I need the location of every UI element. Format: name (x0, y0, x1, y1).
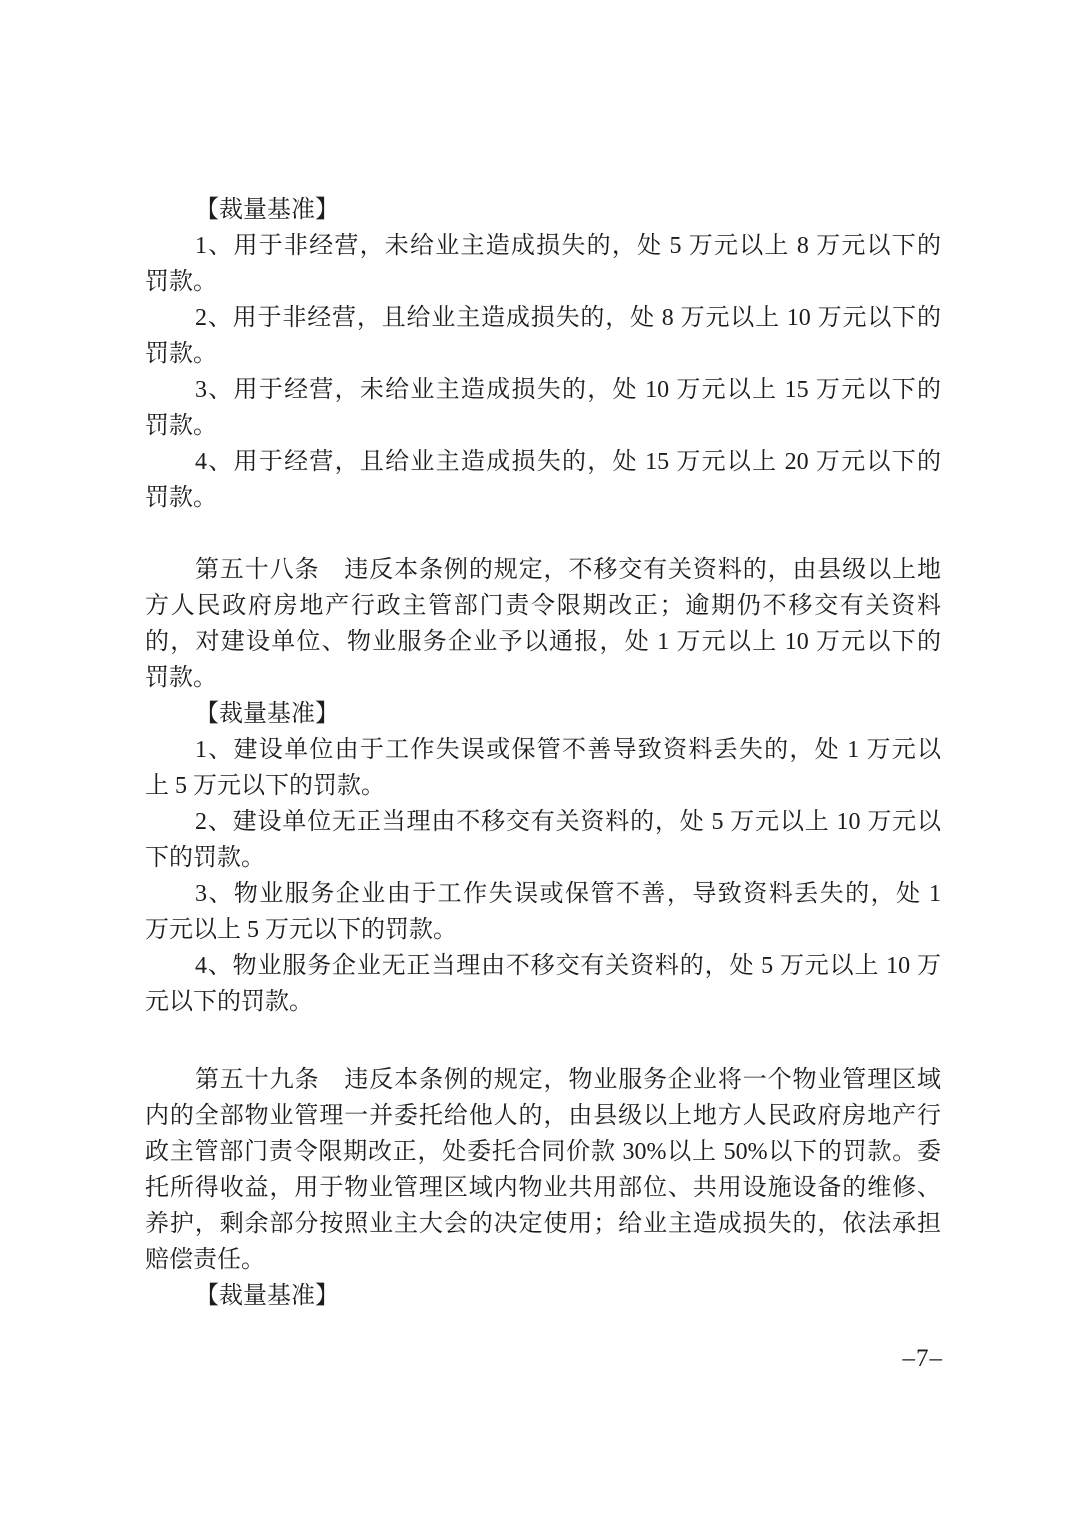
text-line: 内的全部物业管理一并委托给他人的，由县级以上地方人民政府房地产行 (145, 1098, 941, 1134)
text-line: 罚款。 (145, 660, 941, 696)
text-line: 2、建设单位无正当理由不移交有关资料的，处 5 万元以上 10 万元以 (145, 804, 941, 840)
text-line: 养护，剩余部分按照业主大会的决定使用；给业主造成损失的，依法承担 (145, 1206, 941, 1242)
discretion-standard-heading: 【裁量基准】 (145, 1278, 941, 1314)
discretion-block-1: 【裁量基准】 1、用于非经营，未给业主造成损失的，处 5 万元以上 8 万元以下… (145, 192, 941, 516)
text-line: 罚款。 (145, 336, 941, 372)
document-page: 【裁量基准】 1、用于非经营，未给业主造成损失的，处 5 万元以上 8 万元以下… (0, 0, 1075, 1520)
text-line: 下的罚款。 (145, 840, 941, 876)
text-line: 3、用于经营，未给业主造成损失的，处 10 万元以上 15 万元以下的 (145, 372, 941, 408)
text-line: 政主管部门责令限期改正，处委托合同价款 30%以上 50%以下的罚款。委 (145, 1134, 941, 1170)
article-59-heading-line: 第五十九条 违反本条例的规定，物业服务企业将一个物业管理区域 (145, 1062, 941, 1098)
text-line: 方人民政府房地产行政主管部门责令限期改正；逾期仍不移交有关资料 (145, 588, 941, 624)
text-line: 1、建设单位由于工作失误或保管不善导致资料丢失的，处 1 万元以 (145, 732, 941, 768)
text-line: 1、用于非经营，未给业主造成损失的，处 5 万元以上 8 万元以下的 (145, 228, 941, 264)
document-body: 【裁量基准】 1、用于非经营，未给业主造成损失的，处 5 万元以上 8 万元以下… (145, 192, 941, 1314)
text-line: 4、用于经营，且给业主造成损失的，处 15 万元以上 20 万元以下的 (145, 444, 941, 480)
text-line: 2、用于非经营，且给业主造成损失的，处 8 万元以上 10 万元以下的 (145, 300, 941, 336)
article-59: 第五十九条 违反本条例的规定，物业服务企业将一个物业管理区域 内的全部物业管理一… (145, 1062, 941, 1314)
text-line: 罚款。 (145, 408, 941, 444)
text-line: 万元以上 5 万元以下的罚款。 (145, 912, 941, 948)
page-number: –7– (903, 1344, 944, 1374)
text-line: 3、物业服务企业由于工作失误或保管不善，导致资料丢失的，处 1 (145, 876, 941, 912)
discretion-standard-heading: 【裁量基准】 (145, 696, 941, 732)
article-58: 第五十八条 违反本条例的规定，不移交有关资料的，由县级以上地 方人民政府房地产行… (145, 552, 941, 1020)
article-58-heading-line: 第五十八条 违反本条例的规定，不移交有关资料的，由县级以上地 (145, 552, 941, 588)
discretion-standard-heading: 【裁量基准】 (145, 192, 941, 228)
text-line: 托所得收益，用于物业管理区域内物业共用部位、共用设施设备的维修、 (145, 1170, 941, 1206)
text-line: 罚款。 (145, 480, 941, 516)
text-line: 赔偿责任。 (145, 1242, 941, 1278)
text-line: 罚款。 (145, 264, 941, 300)
text-line: 上 5 万元以下的罚款。 (145, 768, 941, 804)
text-line: 元以下的罚款。 (145, 984, 941, 1020)
text-line: 4、物业服务企业无正当理由不移交有关资料的，处 5 万元以上 10 万 (145, 948, 941, 984)
text-line: 的，对建设单位、物业服务企业予以通报，处 1 万元以上 10 万元以下的 (145, 624, 941, 660)
